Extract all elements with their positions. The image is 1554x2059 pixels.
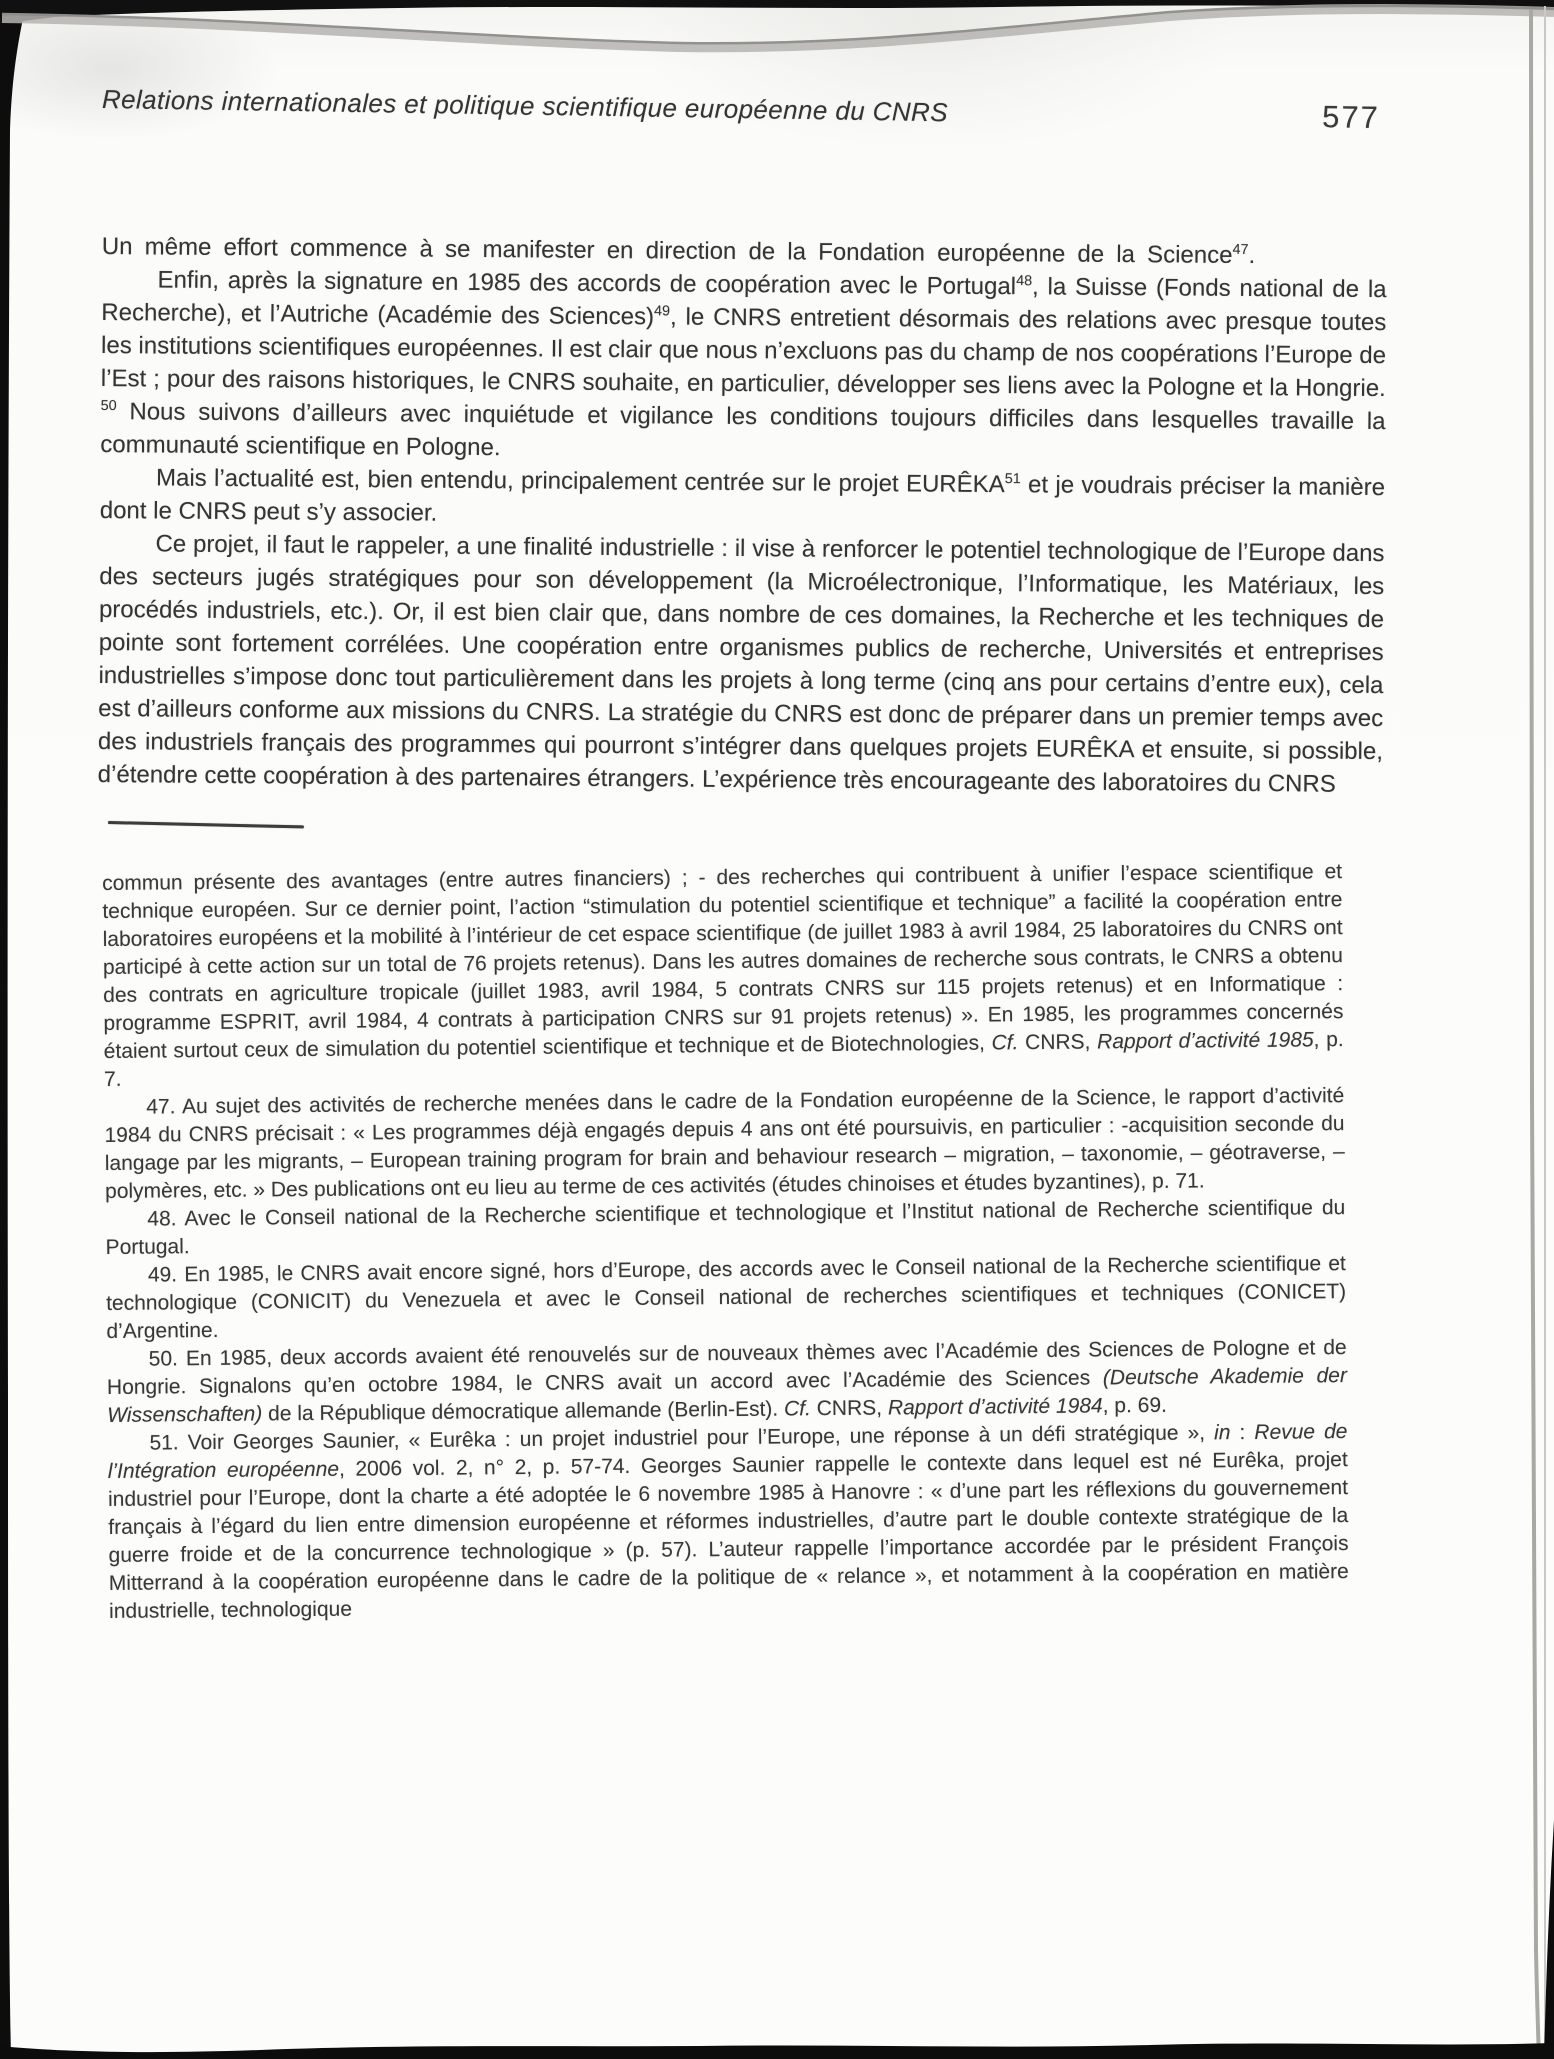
footnote-paragraph: 47. Au sujet des activités de recherche … <box>104 1082 1345 1206</box>
text-segment: Enfin, après la signature en 1985 des ac… <box>158 266 1017 300</box>
text-segment: , p. 69. <box>1103 1394 1167 1418</box>
text-segment: in <box>1214 1421 1231 1444</box>
page-number: 577 <box>1322 99 1380 136</box>
bottom-edge-shadow <box>0 2043 1554 2059</box>
text-segment: de la République démocratique allemande … <box>262 1397 784 1425</box>
text-segment: Rapport d’activité 1984 <box>888 1394 1103 1419</box>
text-segment: Ce projet, il faut le rappeler, a une fi… <box>98 530 1385 797</box>
footnote-ref: 47 <box>1232 242 1248 258</box>
footnote-ref: 50 <box>101 398 117 414</box>
text-segment: 48. Avec le Conseil national de la Reche… <box>106 1196 1346 1259</box>
text-segment: 49. En 1985, le CNRS avait encore signé,… <box>106 1252 1346 1343</box>
body-paragraph: Enfin, après la signature en 1985 des ac… <box>100 263 1387 471</box>
text-segment: Nous suivons d’ailleurs avec inquiétude … <box>100 398 1385 461</box>
footnotes: commun présente des avantages (entre aut… <box>102 858 1349 1626</box>
bottom-right-shadow <box>1544 1820 1554 2059</box>
body-paragraph: Mais l’actualité est, bien entendu, prin… <box>100 461 1385 537</box>
footnote-paragraph: 50. En 1985, deux accords avaient été re… <box>107 1334 1348 1430</box>
running-title: Relations internationales et politique s… <box>102 84 948 128</box>
footnote-paragraph: commun présente des avantages (entre aut… <box>102 858 1344 1094</box>
page-header: Relations internationales et politique s… <box>102 80 1380 136</box>
text-segment: 47. Au sujet des activités de recherche … <box>104 1084 1344 1203</box>
footnote-ref: 48 <box>1016 273 1032 289</box>
text-segment: Mais l’actualité est, bien entendu, prin… <box>156 464 1005 498</box>
page-content: Relations internationales et politique s… <box>0 0 1554 1626</box>
text-segment: CNRS, <box>1018 1030 1097 1054</box>
body-text: Un même effort commence à se manifester … <box>98 230 1387 801</box>
footnote-ref: 49 <box>654 303 670 319</box>
scanned-book-page: Relations internationales et politique s… <box>0 0 1554 2059</box>
footnote-ref: 51 <box>1005 471 1021 487</box>
text-segment: Cf. <box>991 1031 1018 1054</box>
text-segment: CNRS, <box>811 1396 888 1420</box>
text-segment: : <box>1230 1421 1254 1444</box>
text-segment: Cf. <box>784 1397 811 1420</box>
text-segment: Rapport d’activité 1985 <box>1097 1028 1314 1053</box>
body-paragraph: Ce projet, il faut le rappeler, a une fi… <box>98 527 1385 801</box>
footnote-paragraph: 51. Voir Georges Saunier, « Eurêka : un … <box>107 1418 1349 1626</box>
footnote-paragraph: 49. En 1985, le CNRS avait encore signé,… <box>106 1250 1347 1346</box>
text-segment: . <box>1248 242 1255 269</box>
footnote-separator <box>108 821 304 828</box>
